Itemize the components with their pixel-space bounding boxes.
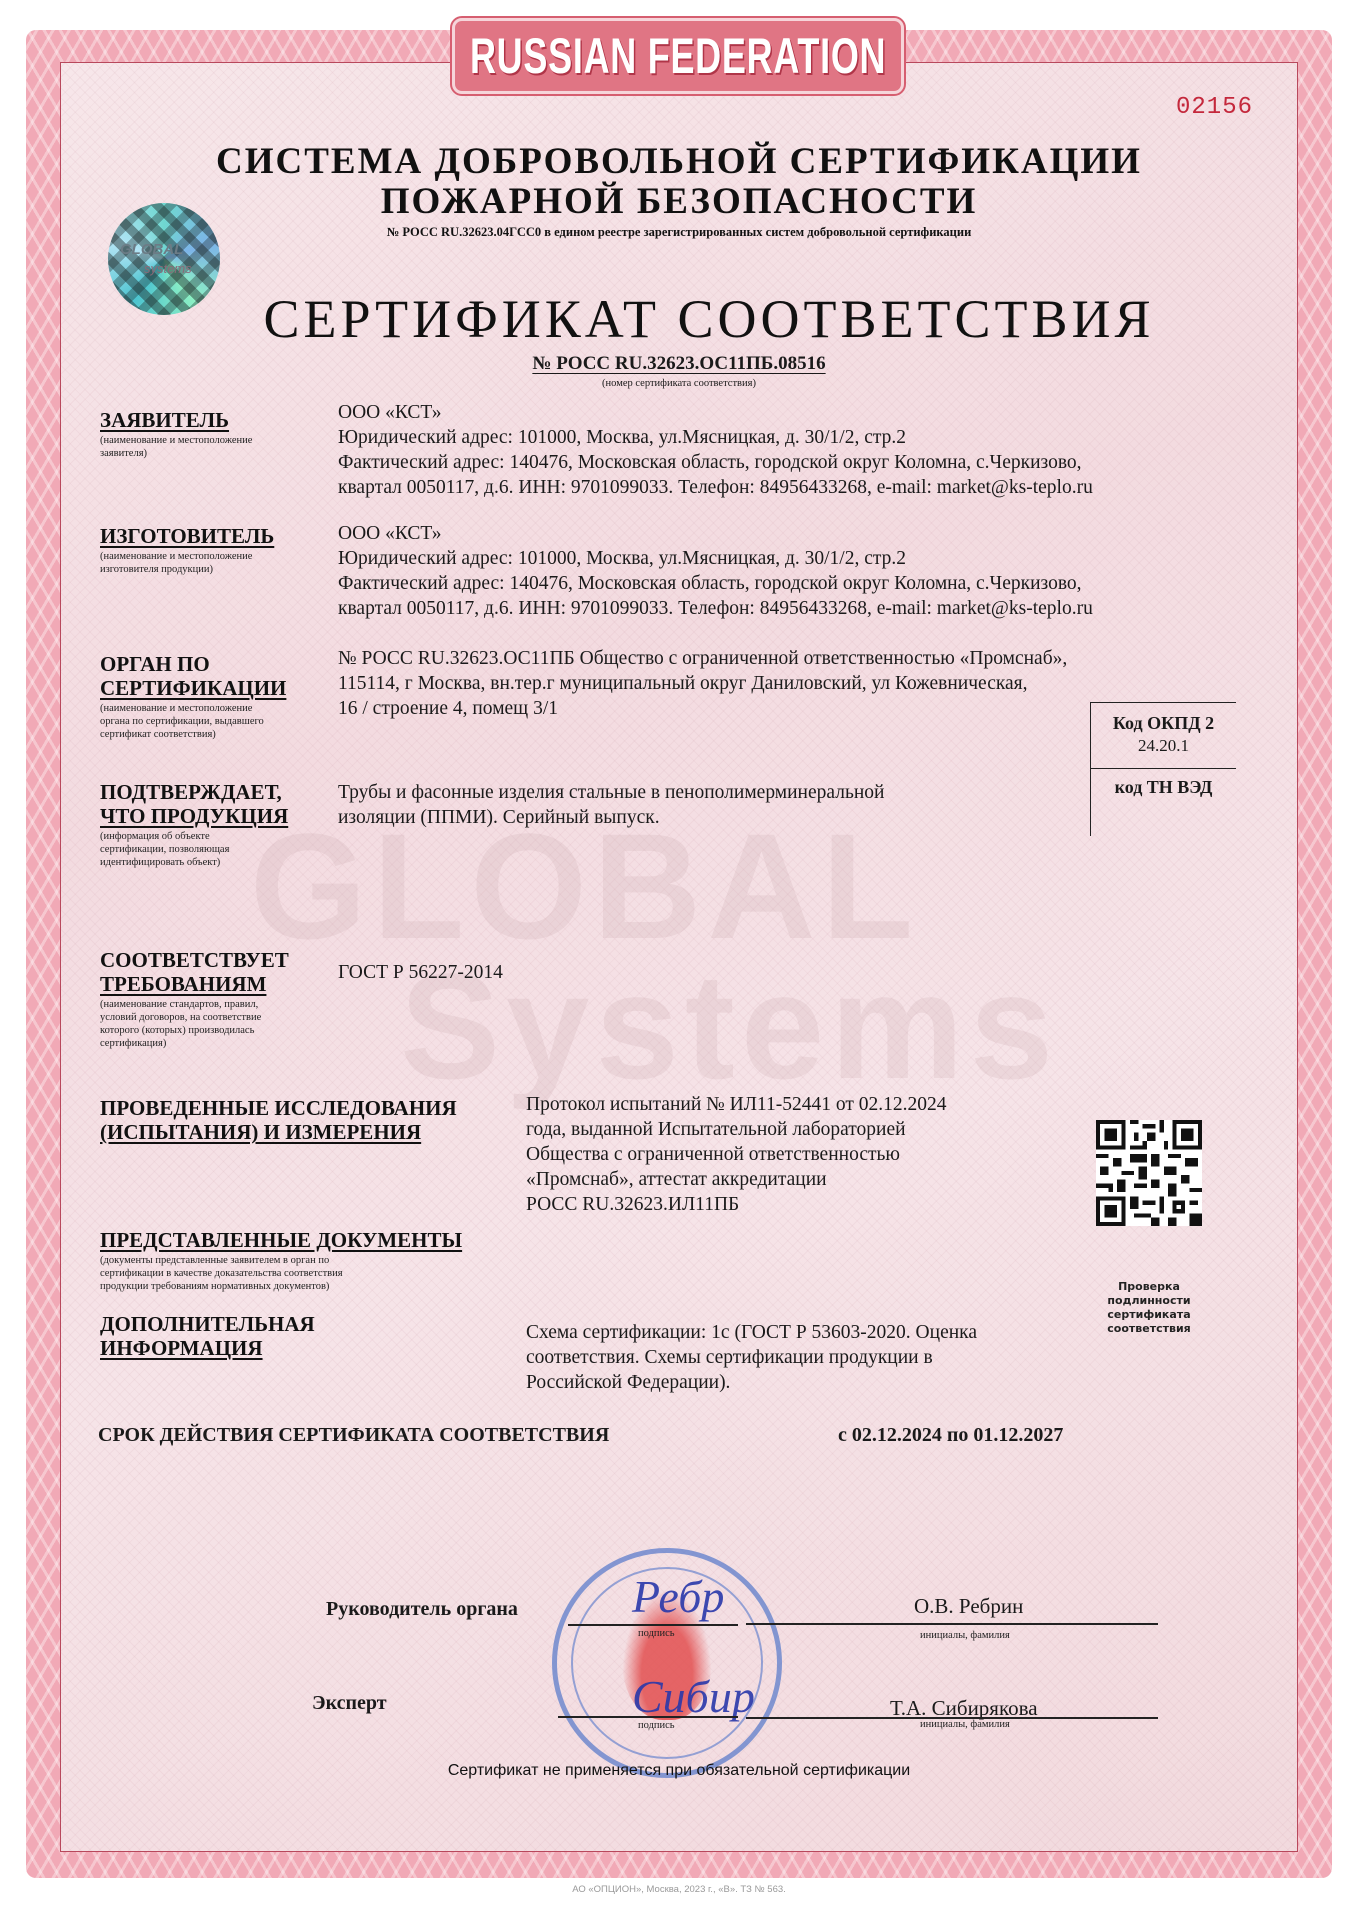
head-name: О.В. Ребрин [914, 1594, 1023, 1619]
head-signature-line [568, 1624, 738, 1626]
product-caption: (информация об объекте сертификации, поз… [100, 830, 288, 869]
requirements-caption: (наименование стандартов, правил, услови… [100, 998, 289, 1050]
hologram-text-1: GLOBAL [120, 241, 183, 258]
certificate-number-caption: (номер сертификата соответствия) [0, 378, 1358, 389]
certification-body-value: № РОСС RU.32623.ОС11ПБ Общество с ограни… [338, 646, 1067, 721]
system-title-line1: СИСТЕМА ДОБРОВОЛЬНОЙ СЕРТИФИКАЦИИ [0, 140, 1358, 183]
qr-caption: Проверкаподлинности сертификатасоответст… [1090, 1280, 1208, 1336]
documents-caption: (документы представленные заявителем в о… [100, 1254, 462, 1293]
qr-code-icon[interactable] [1096, 1120, 1202, 1226]
product-value: Трубы и фасонные изделия стальные в пено… [338, 780, 884, 830]
applicant-caption: (наименование и местоположениезаявителя) [100, 434, 252, 460]
manufacturer-caption: (наименование и местоположениеизготовите… [100, 550, 274, 576]
certificate-title: СЕРТИФИКАТ СООТВЕТСТВИЯ [0, 288, 1358, 350]
country-banner: RUSSIAN FEDERATION [452, 18, 904, 94]
certificate-number: № РОСС RU.32623.ОС11ПБ.08516 [0, 353, 1358, 375]
validity-period: с 02.12.2024 по 01.12.2027 [838, 1424, 1063, 1447]
tests-value: Протокол испытаний № ИЛ11-52441 от 02.12… [526, 1092, 946, 1217]
manufacturer-label: ИЗГОТОВИТЕЛЬ (наименование и местоположе… [100, 524, 274, 576]
serial-number: 02156 [1176, 94, 1253, 121]
expert-signature-caption: подпись [638, 1720, 675, 1731]
head-role-label: Руководитель органа [326, 1598, 518, 1621]
manufacturer-value: ООО «КСТ» Юридический адрес: 101000, Мос… [338, 521, 1093, 621]
tnved-label: код ТН ВЭД [1091, 777, 1236, 798]
not-mandatory-notice: Сертификат не применяется при обязательн… [0, 1762, 1358, 1780]
head-signature-icon: Ребр [632, 1570, 724, 1623]
tests-label: ПРОВЕДЕННЫЕ ИССЛЕДОВАНИЯ (ИСПЫТАНИЯ) И И… [100, 1096, 457, 1144]
additional-info-label: ДОПОЛНИТЕЛЬНАЯ ИНФОРМАЦИЯ [100, 1312, 315, 1360]
head-name-caption: инициалы, фамилия [920, 1630, 1010, 1641]
additional-info-value: Схема сертификации: 1с (ГОСТ Р 53603-202… [526, 1320, 977, 1395]
head-signature-caption: подпись [638, 1628, 675, 1639]
expert-role-label: Эксперт [312, 1692, 387, 1715]
product-codes-box: Код ОКПД 2 24.20.1 код ТН ВЭД [1090, 702, 1236, 836]
okpd2-label: Код ОКПД 2 [1091, 713, 1236, 734]
expert-name-caption: инициалы, фамилия [920, 1719, 1010, 1730]
documents-label: ПРЕДСТАВЛЕННЫЕ ДОКУМЕНТЫ (документы пред… [100, 1228, 462, 1293]
applicant-label: ЗАЯВИТЕЛЬ (наименование и местоположение… [100, 408, 252, 460]
certification-body-label: ОРГАН ПО СЕРТИФИКАЦИИ (наименование и ме… [100, 652, 286, 741]
applicant-value: ООО «КСТ» Юридический адрес: 101000, Мос… [338, 400, 1093, 500]
requirements-label: СООТВЕТСТВУЕТ ТРЕБОВАНИЯМ (наименование … [100, 948, 289, 1050]
product-label: ПОДТВЕРЖДАЕТ, ЧТО ПРОДУКЦИЯ (информация … [100, 780, 288, 869]
head-name-line [746, 1623, 1158, 1625]
expert-signature-line [558, 1716, 738, 1718]
printer-imprint: АО «ОПЦИОН», Москва, 2023 г., «В». ТЗ № … [0, 1884, 1358, 1895]
certification-body-caption: (наименование и местоположение органа по… [100, 702, 286, 741]
validity-label: СРОК ДЕЙСТВИЯ СЕРТИФИКАТА СООТВЕТСТВИЯ [98, 1424, 609, 1447]
requirements-value: ГОСТ Р 56227-2014 [338, 960, 503, 985]
hologram-text-2: systems [144, 261, 192, 276]
okpd2-value: 24.20.1 [1091, 736, 1236, 756]
banner-text: RUSSIAN FEDERATION [470, 27, 886, 85]
